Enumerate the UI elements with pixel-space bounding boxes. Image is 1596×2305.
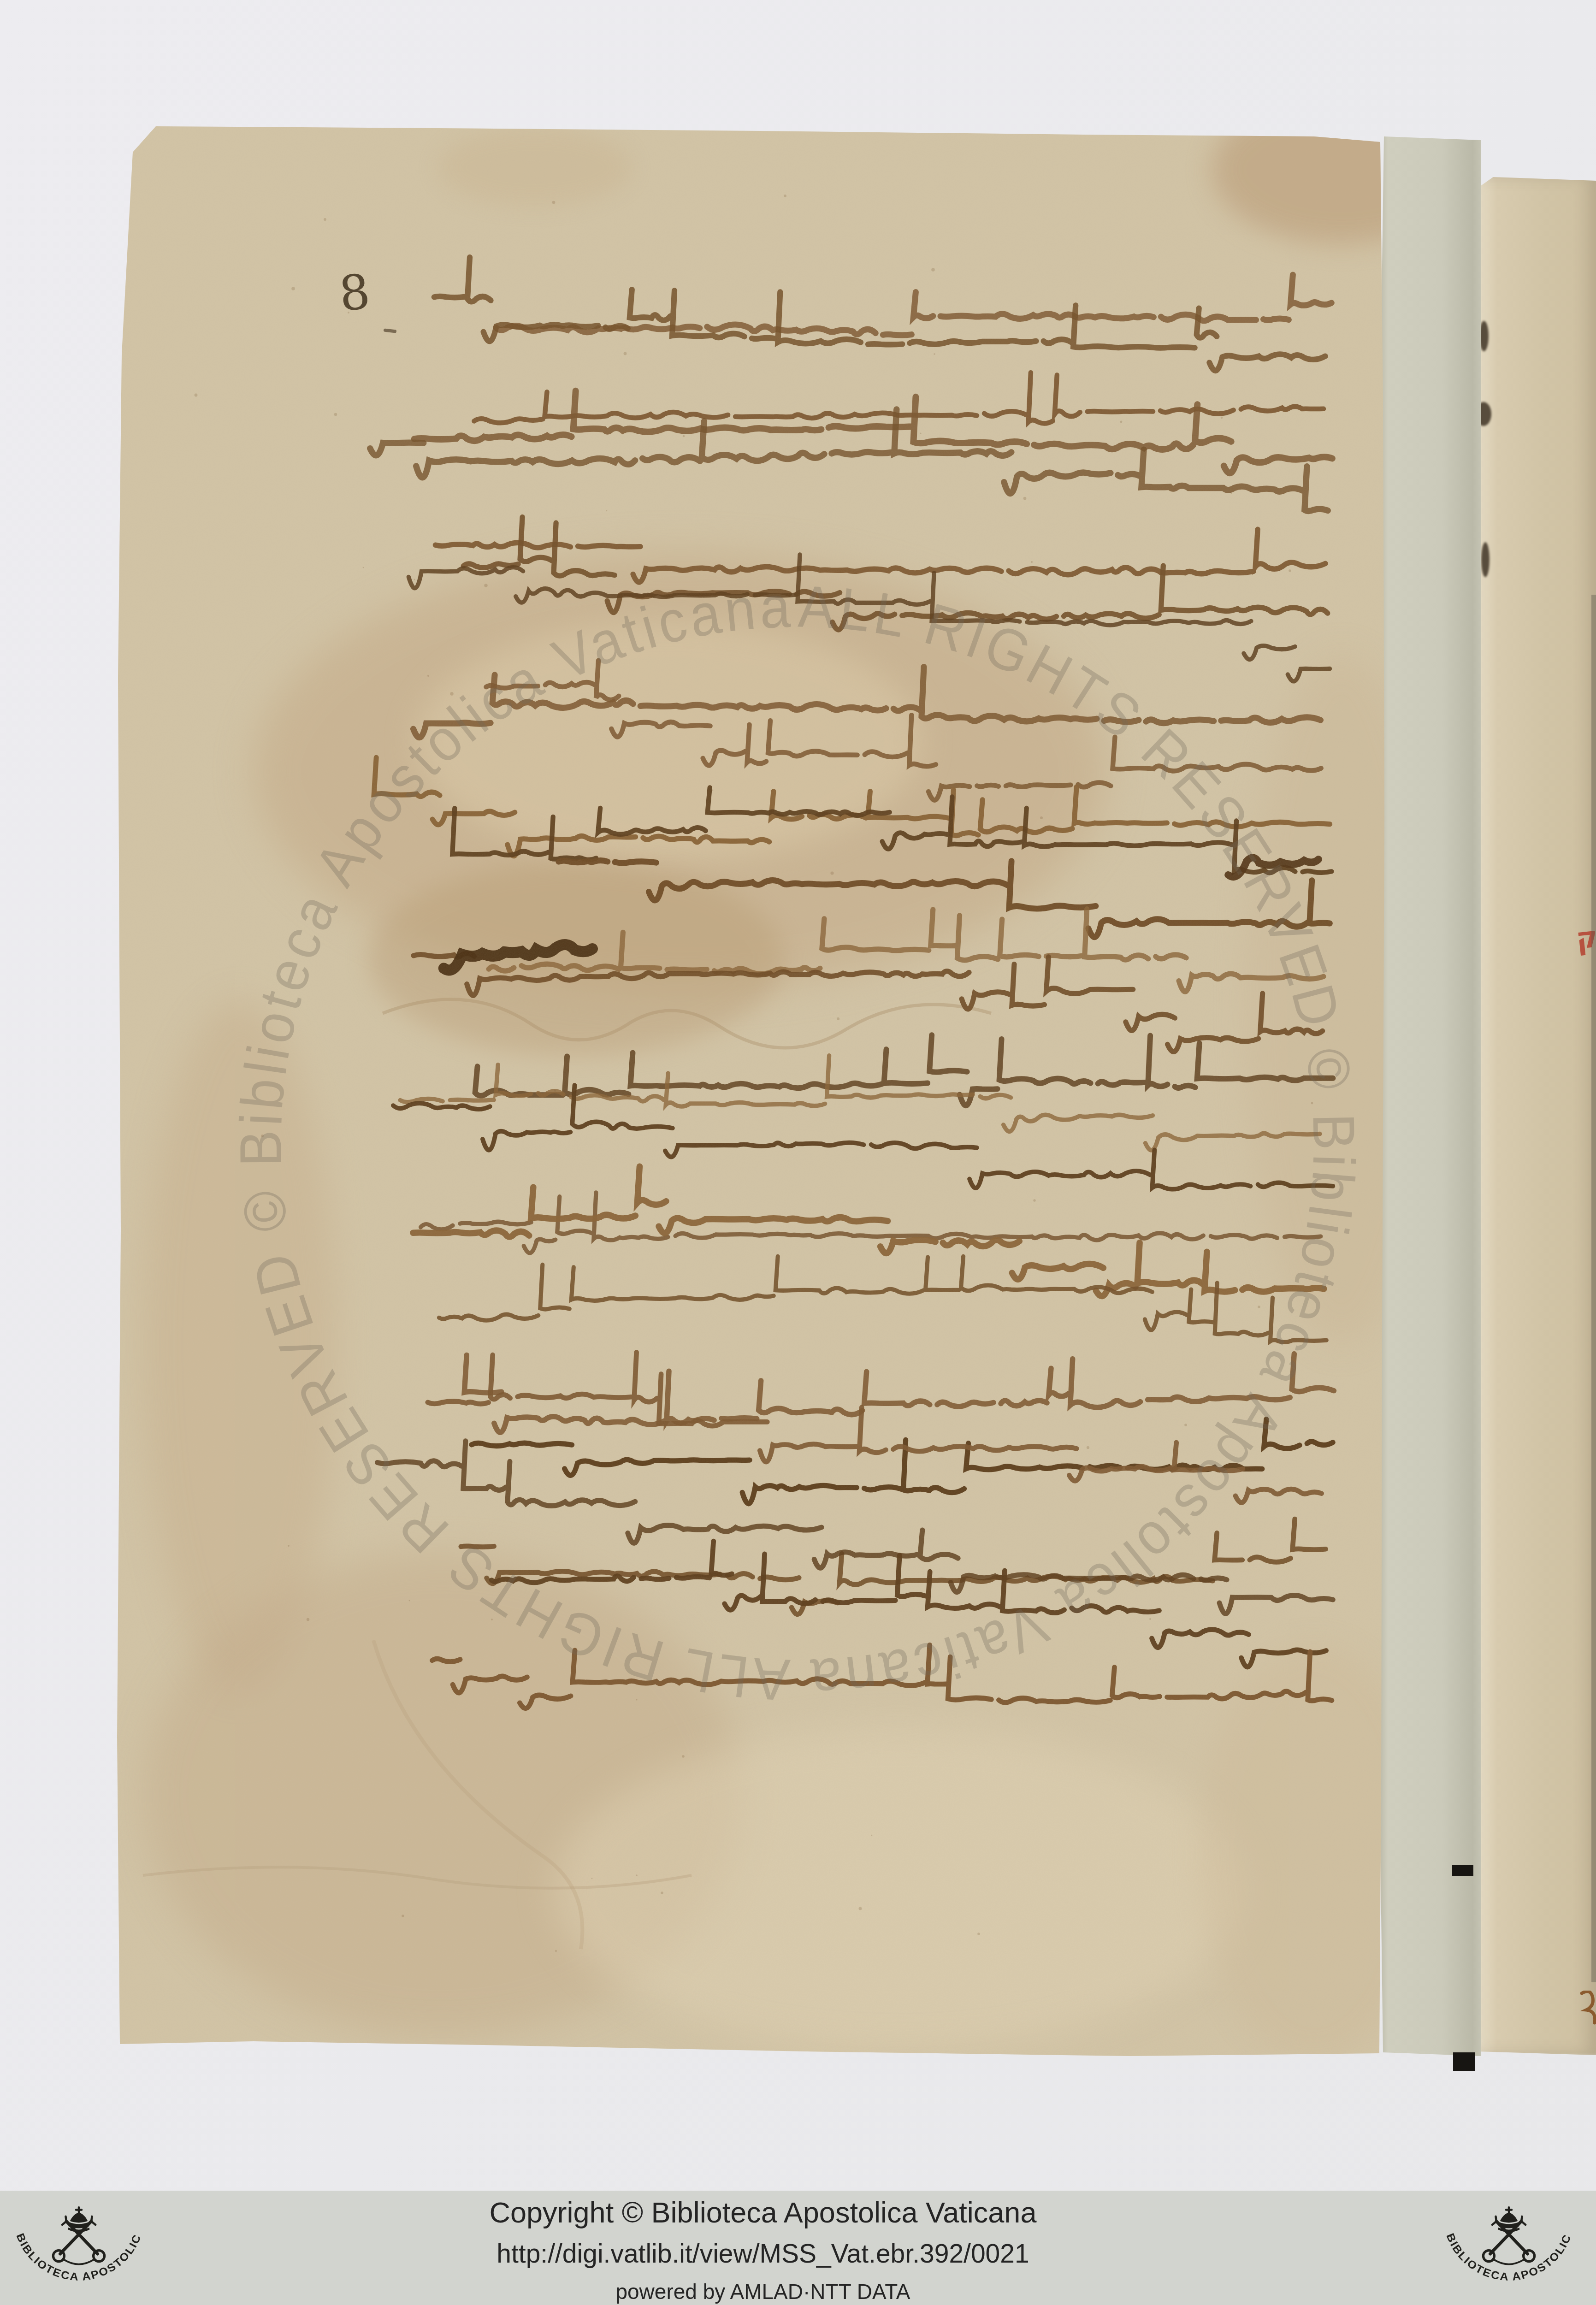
footer-text-block: Copyright © Biblioteca Apostolica Vatica… [490, 2196, 1037, 2304]
ink-curl-mark [1580, 1991, 1596, 2027]
adjacent-page-edge: ק [1478, 175, 1596, 2055]
fold-hole [1481, 542, 1490, 577]
footer-band: BIBLIOTECA APOSTOLICA VATICANA Copyright… [0, 2191, 1596, 2305]
crossed-keys-tiara-icon [1483, 2207, 1534, 2264]
binding-gutter-strip [1377, 136, 1481, 2056]
manuscript-page: 8 ALL RIGHTS RESERVED © Biblioteca Apost… [115, 124, 1385, 2057]
digitized-manuscript-scan: ק 8 [0, 0, 1596, 2305]
vatican-library-logo-right: BIBLIOTECA APOSTOLICA VATICANA [1433, 2194, 1585, 2305]
binding-stitch [1453, 2052, 1475, 2071]
copyright-line: Copyright © Biblioteca Apostolica Vatica… [490, 2196, 1037, 2229]
paper-grain-texture [115, 124, 1385, 2057]
powered-by-line: powered by AMLAD·NTT DATA [490, 2279, 1037, 2304]
crossed-keys-tiara-icon [53, 2207, 104, 2264]
fold-hole [1479, 321, 1489, 351]
spine-shadow-edge [1591, 595, 1596, 1982]
url-line: http://digi.vatlib.it/view/MSS_Vat.ebr.3… [490, 2239, 1037, 2269]
binding-stitch [1452, 1865, 1473, 1876]
vatican-library-logo-left: BIBLIOTECA APOSTOLICA VATICANA [3, 2194, 155, 2305]
